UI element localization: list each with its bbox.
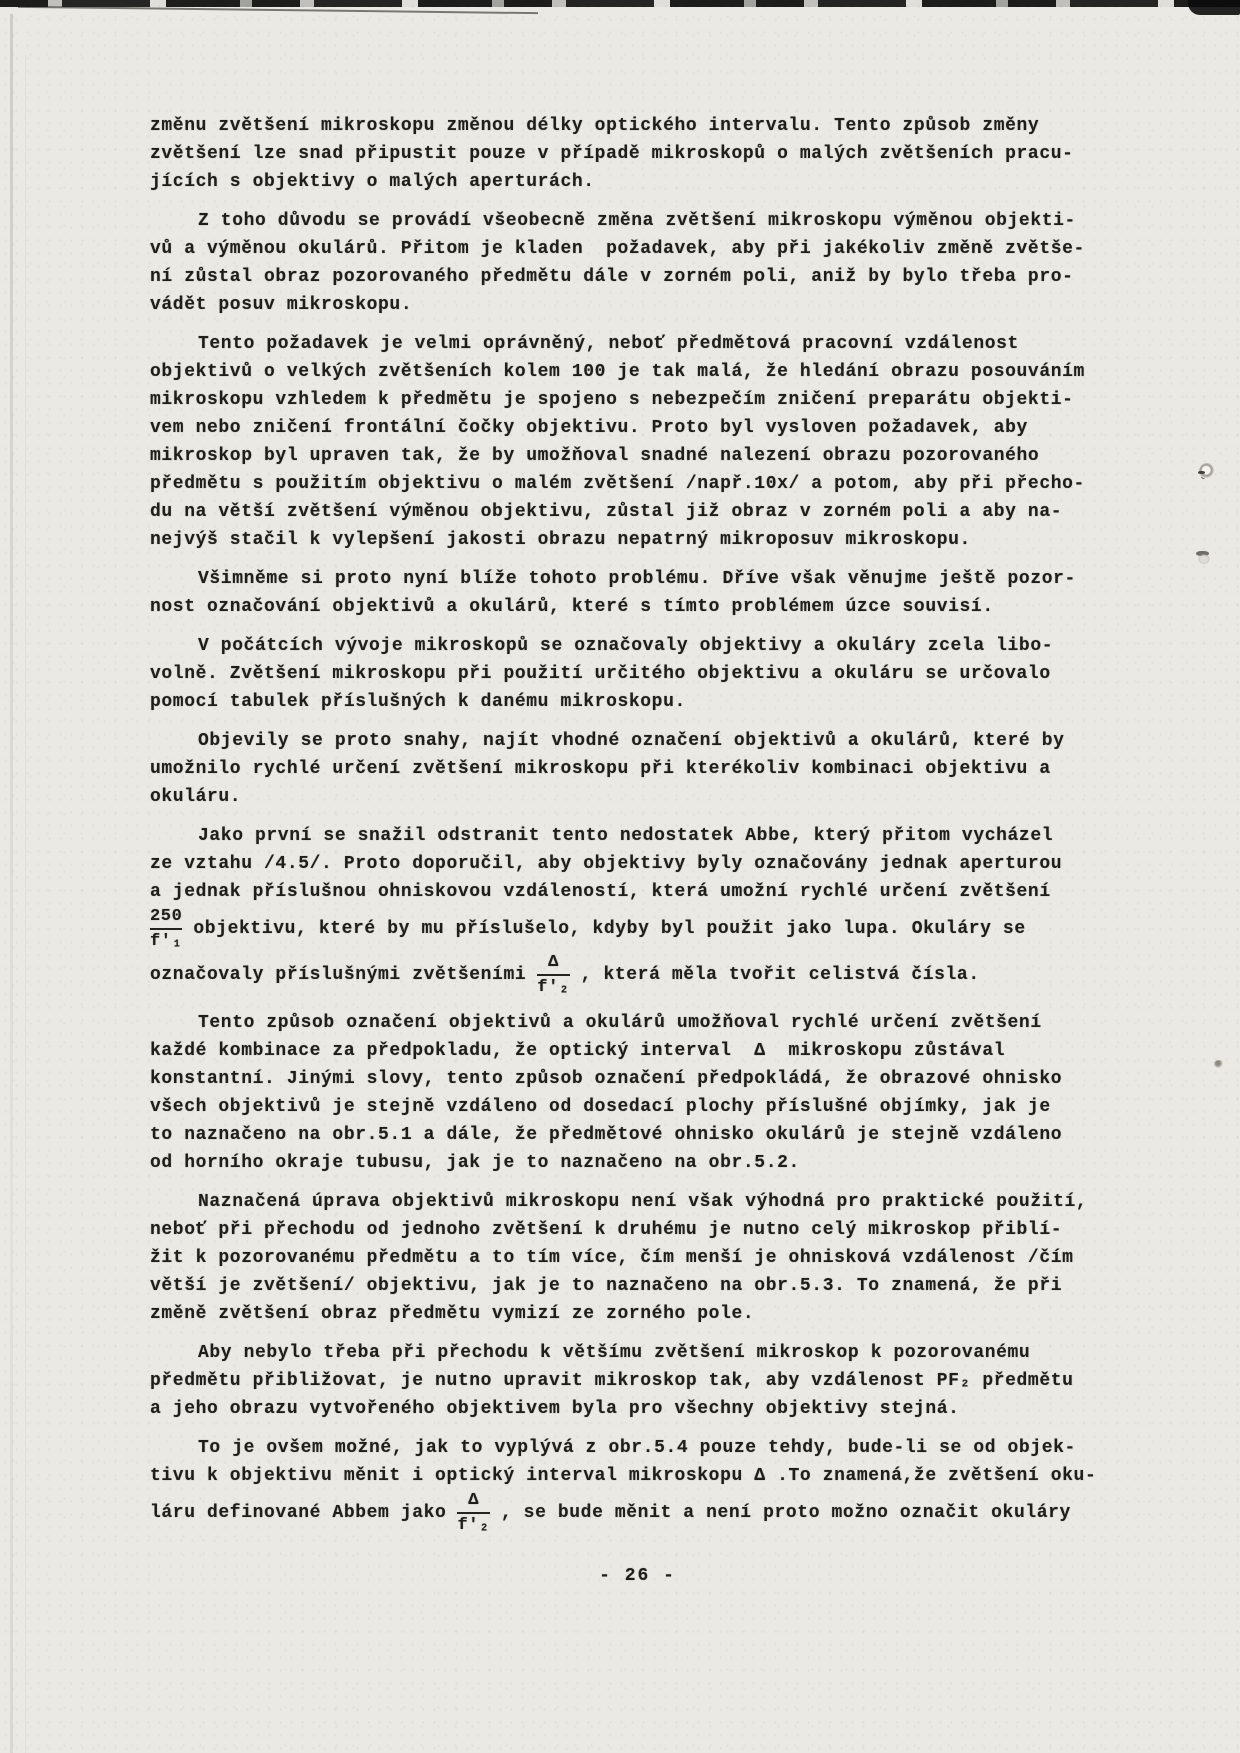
text-line: vem nebo zničení frontální čočky objekti…: [150, 414, 1125, 442]
fraction-bar: [457, 1512, 489, 1514]
text-segment: , se bude měnit a není proto možno označ…: [501, 1499, 1071, 1527]
text-line: mikroskop byl upraven tak, že by umožňov…: [150, 442, 1125, 470]
paragraph: Tento způsob označení objektivů a okulár…: [150, 1009, 1125, 1177]
paper-speck: [1196, 551, 1209, 556]
paragraph: Naznačená úprava objektivů mikroskopu ne…: [150, 1188, 1125, 1328]
text-line: zvětšení lze snad připustit pouze v příp…: [150, 140, 1125, 168]
fraction-bar: [537, 974, 569, 976]
fraction-delta-over-f2: Δ f'₂: [537, 952, 569, 998]
text-line: mikroskopu vzhledem k předmětu je spojen…: [150, 386, 1125, 414]
text-line: Aby nebylo třeba při přechodu k většímu …: [150, 1339, 1125, 1367]
text-line: Tento způsob označení objektivů a okulár…: [150, 1009, 1125, 1037]
text-line: každé kombinace za předpokladu, že optic…: [150, 1037, 1125, 1065]
text-line: objektivů o velkých zvětšeních kolem 100…: [150, 358, 1125, 386]
paper-speck: [1214, 1060, 1224, 1068]
fraction-bar: [150, 928, 182, 930]
text-line: Jako první se snažil odstranit tento ned…: [150, 822, 1125, 850]
text-line: nost označování objektivů a okulárů, kte…: [150, 593, 1125, 621]
paper-fold-line: [10, 14, 13, 1753]
text-line: nejvýš stačil k vylepšení jakosti obrazu…: [150, 526, 1125, 554]
text-line: od horního okraje tubusu, jak je to nazn…: [150, 1149, 1125, 1177]
page-text: změnu zvětšení mikroskopu změnou délky o…: [150, 112, 1125, 1590]
text-line: okuláru.: [150, 783, 1125, 811]
text-line-with-fraction: označovaly příslušnými zvětšeními Δ f'₂ …: [150, 952, 1125, 998]
paragraph: Objevily se proto snahy, najít vhodné oz…: [150, 727, 1125, 811]
text-line: předmětu přibližovat, je nutno upravit m…: [150, 1367, 1125, 1395]
fraction-denominator: f'₁: [150, 931, 182, 952]
text-line: Z toho důvodu se provádí všeobecně změna…: [150, 207, 1125, 235]
text-segment: označovaly příslušnými zvětšeními: [150, 961, 526, 989]
text-line: Objevily se proto snahy, najít vhodné oz…: [150, 727, 1125, 755]
fraction-250-over-f1: 250 f'₁: [150, 906, 182, 952]
text-segment: objektivu, které by mu příslušelo, kdyby…: [193, 915, 1025, 943]
scan-edge-top: [0, 0, 1240, 7]
fraction-numerator: Δ: [468, 1490, 479, 1511]
paragraph: To je ovšem možné, jak to vyplývá z obr.…: [150, 1434, 1125, 1536]
text-segment: , která měla tvořit celistvá čísla.: [581, 961, 980, 989]
paragraph: Jako první se snažil odstranit tento ned…: [150, 822, 1125, 998]
fraction-numerator: 250: [150, 906, 182, 927]
text-line: ze vztahu /4.5/. Proto doporučil, aby ob…: [150, 850, 1125, 878]
fraction-denominator: f'₂: [537, 977, 569, 998]
fraction-denominator: f'₂: [457, 1515, 489, 1536]
text-line: a jednak příslušnou ohniskovou vzdálenos…: [150, 878, 1125, 906]
text-line: větší je zvětšení/ objektivu, jak je to …: [150, 1272, 1125, 1300]
scanned-document-page: změnu zvětšení mikroskopu změnou délky o…: [0, 0, 1240, 1753]
text-line: Tento požadavek je velmi oprávněný, nebo…: [150, 330, 1125, 358]
paragraph: změnu zvětšení mikroskopu změnou délky o…: [150, 112, 1125, 196]
paragraph: Všimněme si proto nyní blíže tohoto prob…: [150, 565, 1125, 621]
text-line: jících s objektivy o malých aperturách.: [150, 168, 1125, 196]
scan-edge-corner: [1188, 0, 1240, 15]
text-line: ní zůstal obraz pozorovaného předmětu dá…: [150, 263, 1125, 291]
text-line: žit k pozorovanému předmětu a to tím víc…: [150, 1244, 1125, 1272]
text-segment: láru definované Abbem jako: [150, 1499, 446, 1527]
fraction-numerator: Δ: [548, 952, 559, 973]
text-line: Naznačená úprava objektivů mikroskopu ne…: [150, 1188, 1125, 1216]
text-line: umožnilo rychlé určení zvětšení mikrosko…: [150, 755, 1125, 783]
paragraph: Aby nebylo třeba při přechodu k většímu …: [150, 1339, 1125, 1423]
text-line: a jeho obrazu vytvořeného objektivem byl…: [150, 1395, 1125, 1423]
text-line: volně. Zvětšení mikroskopu při použití u…: [150, 660, 1125, 688]
text-line: změně zvětšení obraz předmětu vymizí ze …: [150, 1300, 1125, 1328]
text-line: neboť při přechodu od jednoho zvětšení k…: [150, 1216, 1125, 1244]
page-number: - 26 -: [150, 1562, 1125, 1590]
text-line: du na větší zvětšení výměnou objektivu, …: [150, 498, 1125, 526]
text-line: předmětu s použitím objektivu o malém zv…: [150, 470, 1125, 498]
text-line: To je ovšem možné, jak to vyplývá z obr.…: [150, 1434, 1125, 1462]
text-line: to naznačeno na obr.5.1 a dále, že předm…: [150, 1121, 1125, 1149]
paper-speck: [1199, 463, 1215, 479]
text-line: změnu zvětšení mikroskopu změnou délky o…: [150, 112, 1125, 140]
text-line: Všimněme si proto nyní blíže tohoto prob…: [150, 565, 1125, 593]
fraction-delta-over-f2: Δ f'₂: [457, 1490, 489, 1536]
text-line: pomocí tabulek příslušných k danému mikr…: [150, 688, 1125, 716]
paragraph: Z toho důvodu se provádí všeobecně změna…: [150, 207, 1125, 319]
text-line: vádět posuv mikroskopu.: [150, 291, 1125, 319]
text-line: všech objektivů je stejně vzdáleno od do…: [150, 1093, 1125, 1121]
paragraph: Tento požadavek je velmi oprávněný, nebo…: [150, 330, 1125, 554]
paragraph: V počátcích vývoje mikroskopů se označov…: [150, 632, 1125, 716]
scan-edge-top-line: [18, 6, 538, 14]
text-line-with-fraction: 250 f'₁ objektivu, které by mu příslušel…: [150, 906, 1125, 952]
text-line: vů a výměnou okulárů. Přitom je kladen p…: [150, 235, 1125, 263]
text-line: V počátcích vývoje mikroskopů se označov…: [150, 632, 1125, 660]
text-line: tivu k objektivu měnit i optický interva…: [150, 1462, 1125, 1490]
text-line: konstantní. Jinými slovy, tento způsob o…: [150, 1065, 1125, 1093]
text-line-with-fraction: láru definované Abbem jako Δ f'₂ , se bu…: [150, 1490, 1125, 1536]
